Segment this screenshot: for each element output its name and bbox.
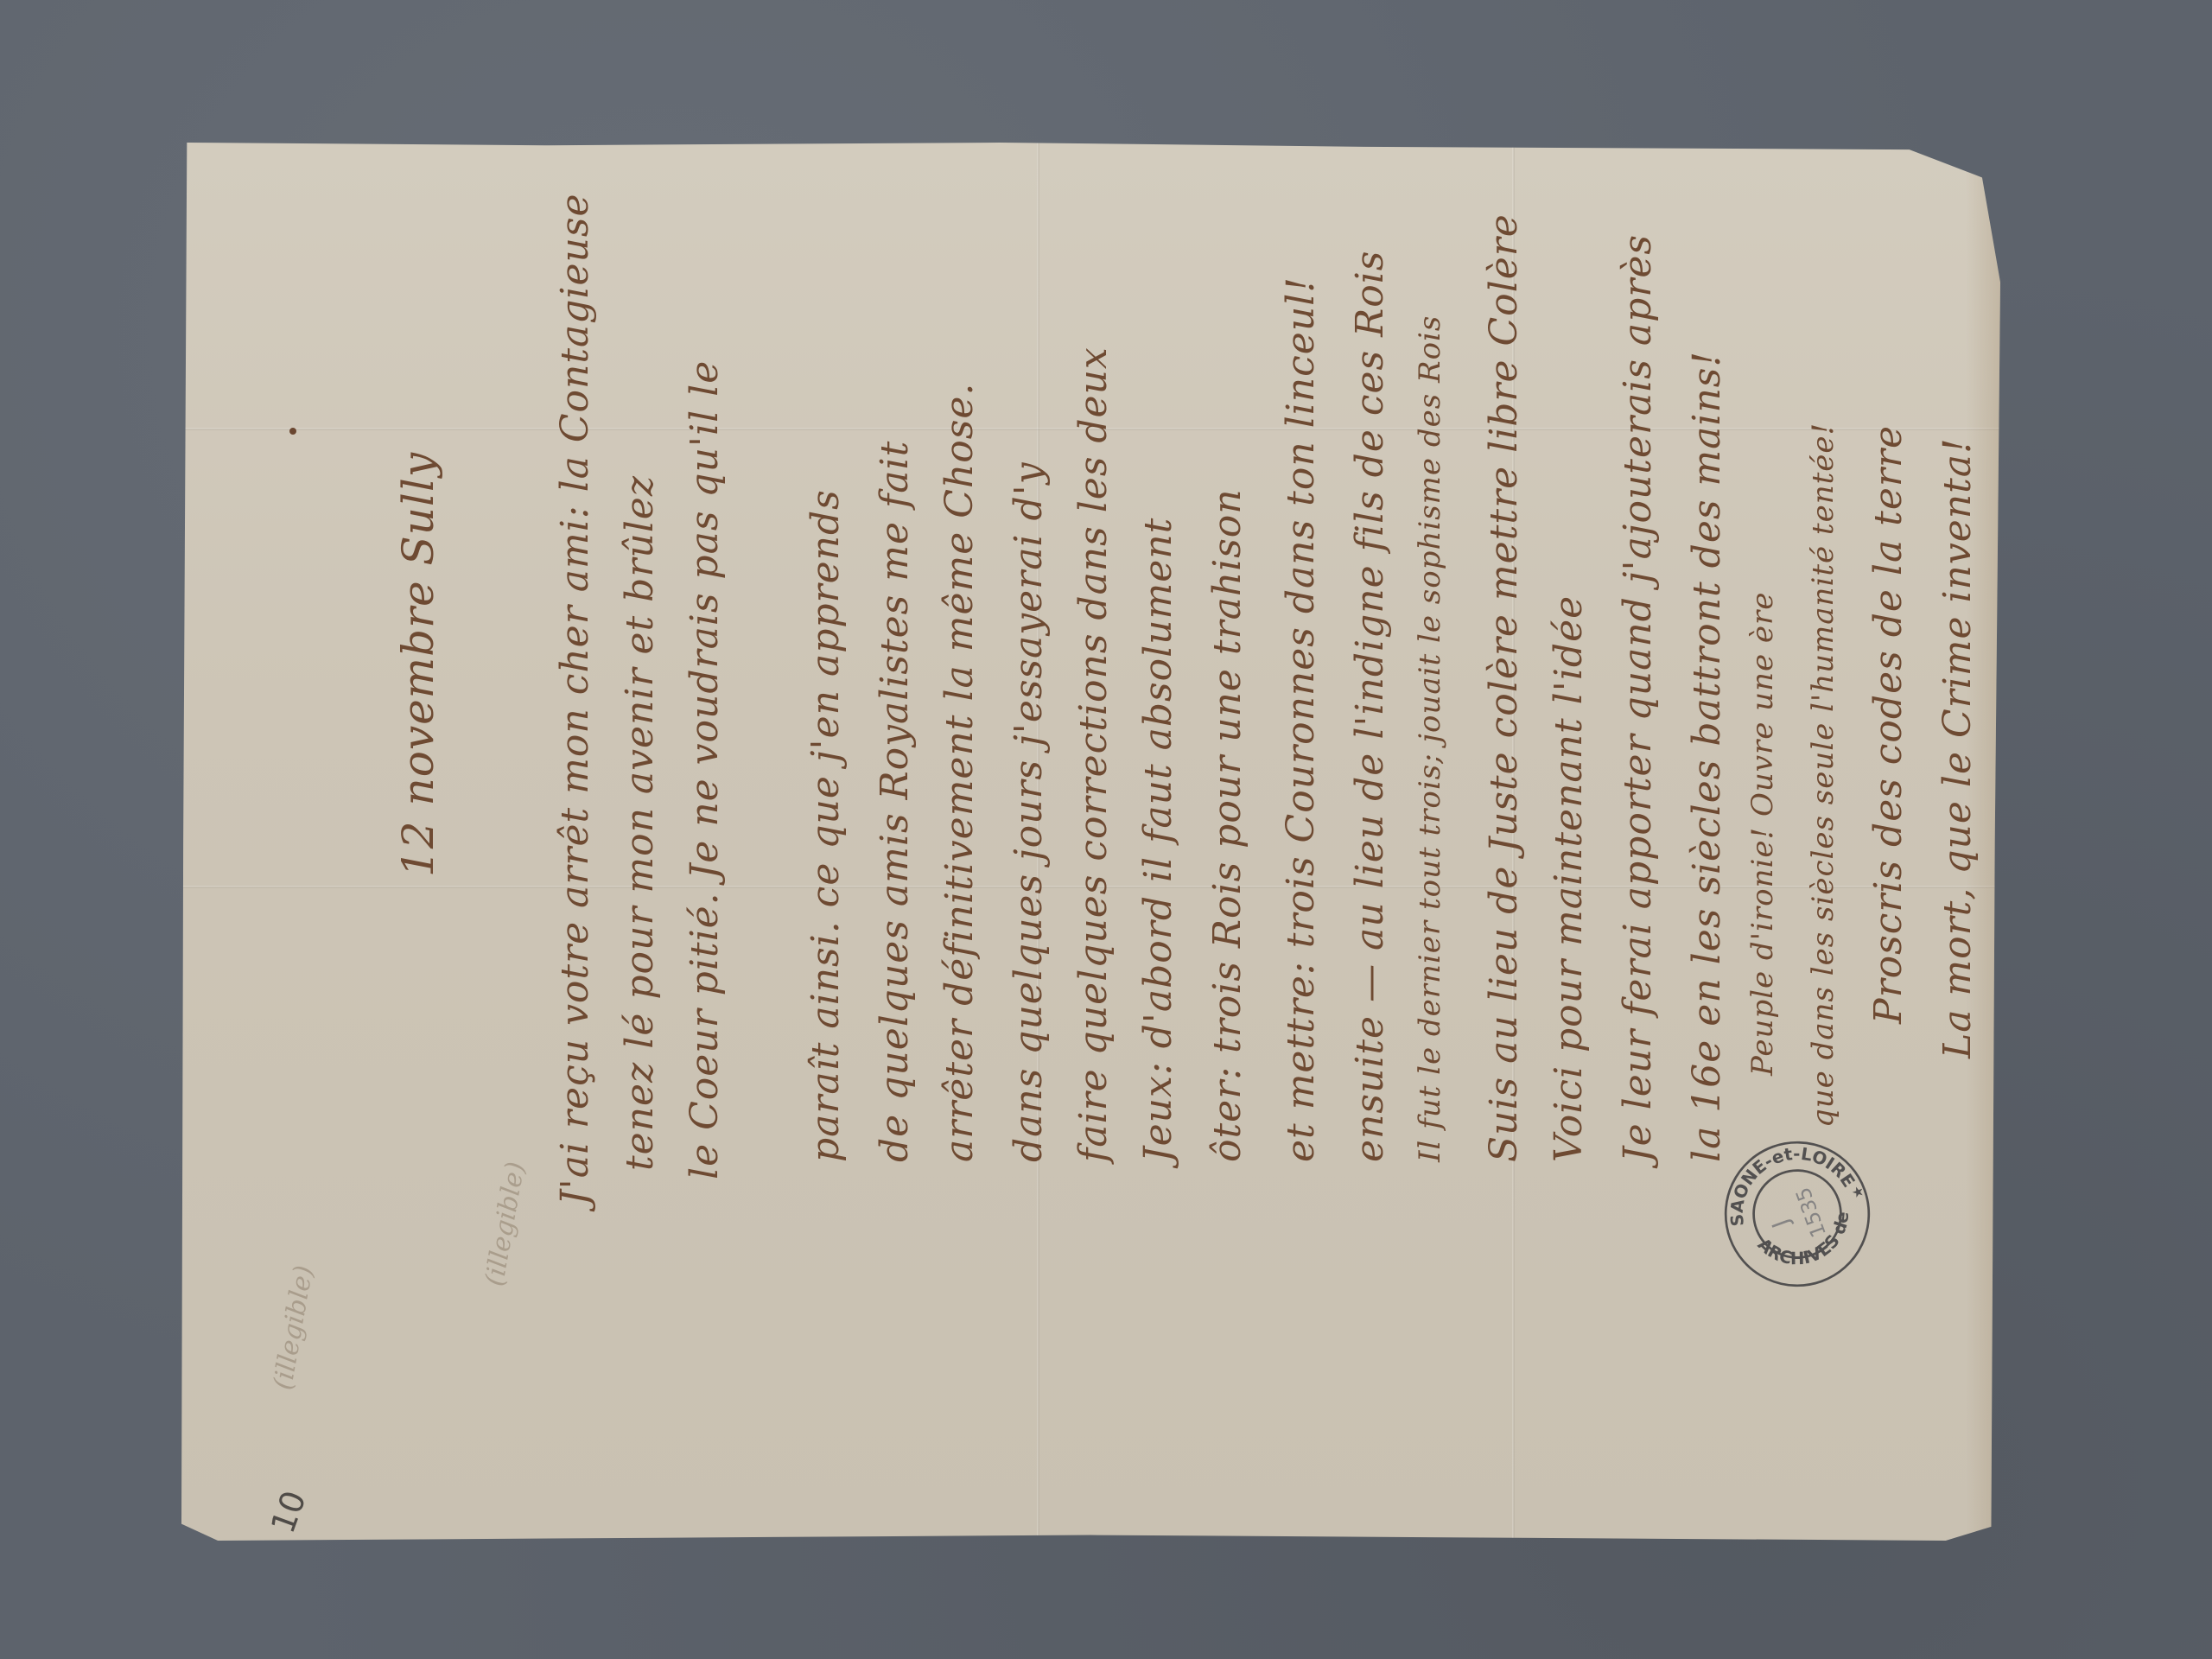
body-line-19: que dans les siècles seule l'humanité te… [1806,423,1840,1128]
body-line-15: Voici pour maintenant l'idée [1547,595,1591,1162]
body-line-18: Peuple d'ironie! Ouvre une ère [1745,592,1780,1076]
body-line-16: Je leur ferai apporter quand j'ajouterai… [1616,234,1660,1162]
bleed-through-mark: (illegible) [268,1263,320,1392]
body-line-20: Proscris des codes de la terre [1866,425,1910,1024]
body-line-21: La mort, que le Crime inventa! [1935,437,1980,1058]
body-line-1: J'ai reçu votre arrêt mon cher ami: la C… [553,193,597,1205]
body-line-11: et mettre: trois Couronnes dans ton linc… [1279,276,1323,1162]
bleed-through-mark: (illegible) [480,1160,531,1288]
stamp-center-number: 1535 [1790,1184,1831,1241]
body-line-2: tenez lé pour mon avenir et brûlez [618,475,662,1171]
body-line-10: ôter: trois Rois pour une trahison [1205,488,1249,1162]
body-line-5: de quelques amis Royalistes me fait [873,441,917,1162]
body-line-12: ensuite — au lieu de l'indigne fils de c… [1348,251,1392,1162]
body-line-7: dans quelques jours j'essayerai d'y [1007,461,1051,1162]
body-line-17: la 16e en les siècles battront des mains… [1685,351,1729,1162]
body-line-6: arrêter définitivement la même Chose. [938,383,982,1162]
body-line-14: Suis au lieu de Juste colère mettre libr… [1482,213,1526,1162]
stamp-star-icon: ★ [1849,1182,1866,1202]
page-number: 10 [264,1486,314,1538]
body-line-4: paraît ainsi. ce que j'en apprends [804,489,848,1162]
letter-paper: 12 novembre Sully (illegible) (illegible… [181,143,2000,1541]
stamp-center-letter: J [1767,1216,1796,1233]
body-line-8: faire quelques corrections dans les deux [1071,346,1116,1162]
body-line-3: le Coeur pitié. Je ne voudrais pas qu'il… [683,360,727,1179]
date-line: 12 novembre Sully [393,452,443,877]
ink-spot [289,428,296,435]
body-line-9: Jeux: d'abord il faut absolument [1136,518,1180,1162]
body-line-13: Il fut le dernier tout trois; jouait le … [1413,315,1447,1162]
